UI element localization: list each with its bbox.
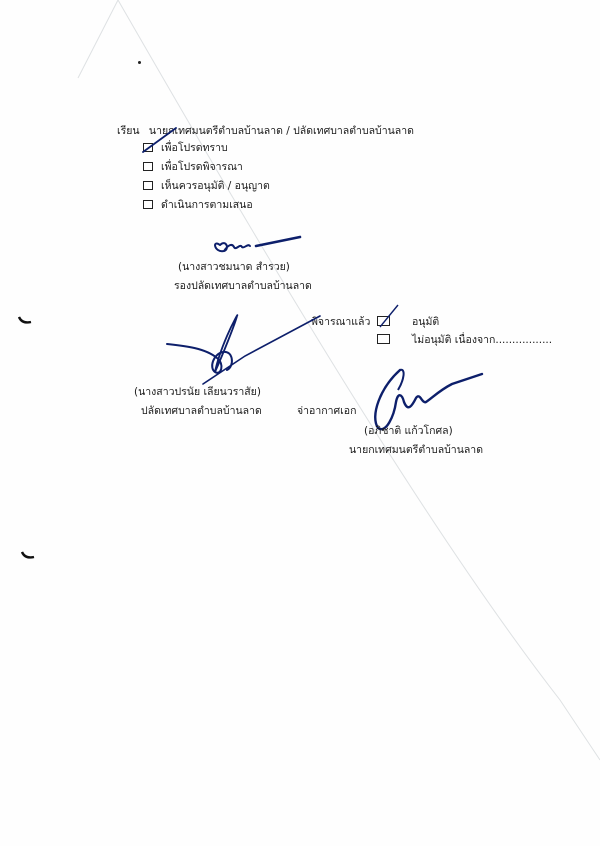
option-item: ดำเนินการตามเสนอ bbox=[143, 198, 253, 212]
decision-option-label: ไม่อนุมัติ เนื่องจาก................. bbox=[412, 334, 552, 346]
signature-deputy-clerk bbox=[210, 233, 305, 257]
mayor-rank: จ่าอากาศเอก bbox=[297, 404, 356, 418]
checkmark-stroke bbox=[140, 126, 180, 156]
deputy-clerk-position: รองปลัดเทศบาลตำบลบ้านลาด bbox=[174, 279, 312, 293]
checkbox bbox=[377, 334, 390, 344]
decision-option-label: อนุมัติ bbox=[412, 316, 439, 328]
option-label: เพื่อโปรดพิจารณา bbox=[161, 161, 243, 173]
option-label: เห็นควรอนุมัติ / อนุญาต bbox=[161, 180, 270, 192]
checkbox bbox=[143, 181, 153, 190]
to-recipients: นายกเทศมนตรีตำบลบ้านลาด / ปลัดเทศบาลตำบล… bbox=[149, 125, 414, 137]
decision-option: ไม่อนุมัติ เนื่องจาก................. bbox=[377, 333, 552, 347]
signature-clerk bbox=[165, 314, 325, 386]
checkbox bbox=[143, 162, 153, 171]
mayor-name: (อภิชาติ แก้วโกศล) bbox=[364, 424, 453, 438]
checkmark-stroke bbox=[378, 303, 400, 329]
punch-hole-mark bbox=[21, 551, 35, 559]
to-label: เรียน bbox=[117, 125, 140, 137]
checkbox bbox=[143, 200, 153, 209]
option-item: เห็นควรอนุมัติ / อนุญาต bbox=[143, 179, 270, 193]
punch-hole-mark bbox=[18, 316, 32, 324]
deputy-clerk-name: (นางสาวชมนาด สำรวย) bbox=[178, 260, 290, 274]
option-item: เพื่อโปรดพิจารณา bbox=[143, 160, 243, 174]
scanned-document-page: เรียน นายกเทศมนตรีตำบลบ้านลาด / ปลัดเทศบ… bbox=[0, 0, 600, 846]
option-label: ดำเนินการตามเสนอ bbox=[161, 199, 253, 211]
scan-speck bbox=[138, 61, 141, 64]
clerk-position: ปลัดเทศบาลตำบลบ้านลาด bbox=[141, 404, 262, 418]
mayor-position: นายกเทศมนตรีตำบลบ้านลาด bbox=[349, 443, 483, 457]
clerk-name: (นางสาวปรนัย เลียนวราสัย) bbox=[134, 385, 261, 399]
